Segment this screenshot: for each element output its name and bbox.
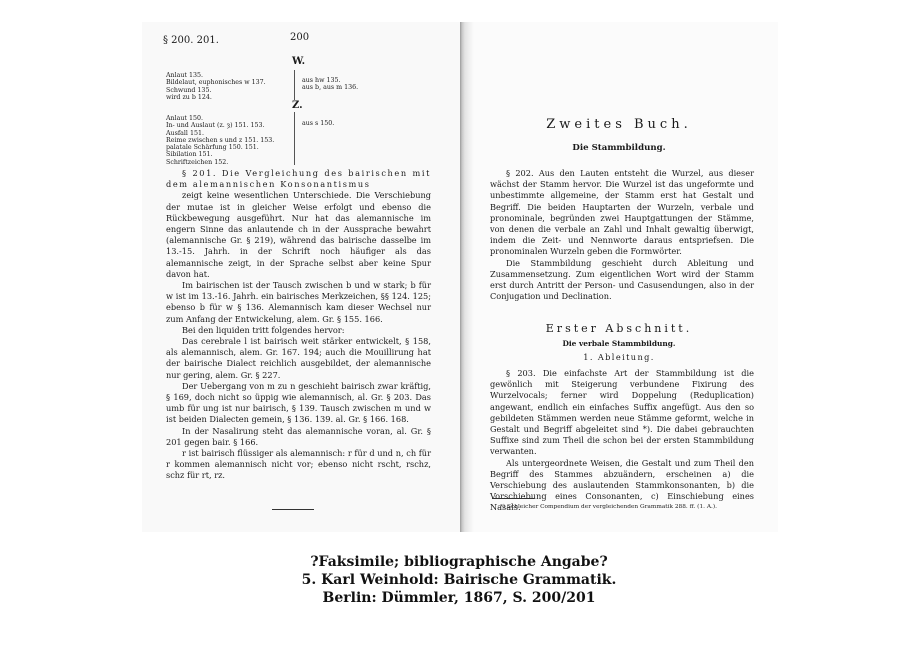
right-page-body-2: § 203. Die einfachste Art der Stammbildu…: [490, 368, 754, 514]
index-divider: [294, 112, 295, 165]
index-w-right: aus hw 135. aus b, aus m 136.: [302, 77, 358, 92]
paragraph: Die Stammbildung geschieht durch Ableitu…: [490, 258, 754, 303]
index-entry: Reime zwischen s und z 151. 153.: [166, 137, 274, 144]
subsubsection-title: 1. Ableitung.: [460, 352, 778, 362]
paragraph: Im bairischen ist der Tausch zwischen b …: [166, 280, 431, 325]
paragraph: Das cerebrale l ist bairisch weit stärke…: [166, 336, 431, 381]
index-entry: In- und Auslaut (z. ȝ) 151. 153.: [166, 122, 274, 129]
index-entry: aus b, aus m 136.: [302, 84, 358, 91]
index-letter-z: Z.: [292, 100, 303, 111]
chapter-title: Die Stammbildung.: [460, 143, 778, 153]
caption-line-3: Berlin: Dümmler, 1867, S. 200/201: [0, 589, 918, 607]
footnote-rule: [492, 498, 534, 499]
right-page-body-1: § 202. Aus den Lauten entsteht die Wurze…: [490, 168, 754, 302]
caption-line-2: 5. Karl Weinhold: Bairische Grammatik.: [0, 571, 918, 589]
index-entry: Schriftzeichen 152.: [166, 159, 274, 166]
index-entry: wird zu b 124.: [166, 94, 266, 101]
figure-caption: ?Faksimile; bibliographische Angabe? 5. …: [0, 553, 918, 607]
paragraph: § 202. Aus den Lauten entsteht die Wurze…: [490, 168, 754, 258]
index-entry: aus s 150.: [302, 120, 334, 127]
left-page: § 200. 201. 200 W. Anlaut 135. Bildelaut…: [142, 22, 460, 532]
paragraph: r ist bairisch flüssiger als alemannisch…: [166, 448, 431, 482]
index-entry: palatale Schärfung 150. 151.: [166, 144, 274, 151]
page-number: 200: [290, 32, 309, 43]
running-head: § 200. 201.: [163, 35, 219, 46]
subsection-title: Die verbale Stammbildung.: [460, 339, 778, 348]
index-z-left: Anlaut 150. In- und Auslaut (z. ȝ) 151. …: [166, 115, 274, 166]
index-entry: Sibilation 151.: [166, 151, 274, 158]
caption-line-1: ?Faksimile; bibliographische Angabe?: [0, 553, 918, 571]
index-entry: Ausfall 151.: [166, 130, 274, 137]
index-entry: Schwund 135.: [166, 87, 266, 94]
paragraph: § 203. Die einfachste Art der Stammbildu…: [490, 368, 754, 458]
index-divider: [294, 70, 295, 100]
left-page-body: § 201. Die Vergleichung des bairischen m…: [166, 168, 431, 482]
index-z-right: aus s 150.: [302, 120, 334, 127]
section-201-heading: § 201. Die Vergleichung des bairischen m…: [166, 168, 431, 190]
index-entry: aus hw 135.: [302, 77, 358, 84]
paragraph: zeigt keine wesentlichen Unterschiede. D…: [166, 190, 431, 280]
index-letter-w: W.: [292, 56, 305, 67]
paragraph: Bei den liquiden tritt folgendes hervor:: [166, 325, 431, 336]
footnote: *) Schleicher Compendium der vergleichen…: [500, 504, 717, 510]
index-w-left: Anlaut 135. Bildelaut, euphonisches w 13…: [166, 72, 266, 101]
book-title: Zweites Buch.: [460, 117, 778, 132]
paragraph: Der Uebergang von m zu n geschieht bairi…: [166, 381, 431, 426]
paragraph: In der Nasalirung steht das alemannische…: [166, 426, 431, 448]
index-entry: Anlaut 135.: [166, 72, 266, 79]
index-entry: Bildelaut, euphonisches w 137.: [166, 79, 266, 86]
end-rule: [272, 509, 314, 510]
book-gutter: [460, 22, 474, 532]
index-entry: Anlaut 150.: [166, 115, 274, 122]
book-scan: § 200. 201. 200 W. Anlaut 135. Bildelaut…: [142, 22, 778, 532]
section-title: Erster Abschnitt.: [460, 322, 778, 335]
